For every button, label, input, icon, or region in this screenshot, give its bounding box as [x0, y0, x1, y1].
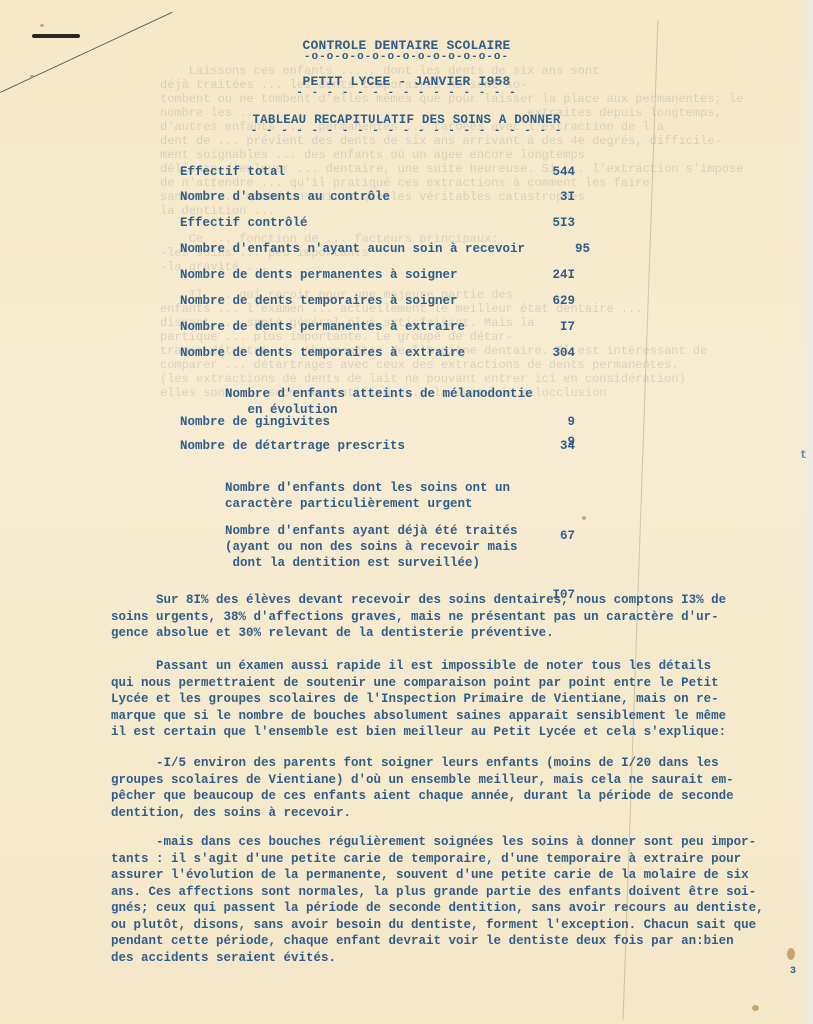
row-value: 544: [552, 164, 575, 180]
paragraph-percentages: Sur 8I% des élèves devant recevoir des s…: [111, 592, 801, 642]
row-label: Nombre de dents temporaires à soigner: [180, 293, 520, 309]
row-value: 3I: [560, 189, 575, 205]
table-row: Nombre de dents permanentes à soigner 24…: [180, 267, 575, 283]
table-row: Nombre de détartrage prescrits 34: [180, 438, 575, 454]
table-row: Nombre de dents temporaires à soigner 62…: [180, 293, 575, 309]
row-value: 629: [552, 293, 575, 309]
row-label: Nombre de gingivites: [180, 414, 520, 430]
table-row: Nombre de dents temporaires à extraire 3…: [180, 345, 575, 361]
row-value: 34: [560, 438, 575, 454]
row-label: Nombre de détartrage prescrits: [180, 438, 520, 454]
paragraph-comparison: Passant un éxamen aussi rapide il est im…: [111, 658, 801, 741]
table-row: Nombre de gingivites 9: [180, 414, 575, 430]
row-label: Effectif total: [180, 164, 520, 180]
page-mark: 3: [790, 966, 796, 977]
row-value: 24I: [552, 267, 575, 283]
stain: [582, 516, 586, 520]
row-value: I7: [560, 319, 575, 335]
stain: [40, 24, 44, 27]
stain: [752, 1005, 759, 1011]
row-label: Nombre de dents permanentes à extraire: [180, 319, 520, 335]
table-row: Nombre de dents permanentes à extraire I…: [180, 319, 575, 335]
row-label: Nombre de dents permanentes à soigner: [180, 267, 520, 283]
table-row: Nombre d'enfants ayant déjà été traités …: [180, 507, 575, 603]
row-label: Nombre de dents temporaires à extraire: [180, 345, 520, 361]
row-value: 9: [567, 414, 575, 430]
table-row: Effectif contrôlé 5I3: [180, 215, 575, 231]
title-underline: -o-o-o-o-o-o-o-o-o-o-o-o-o-: [0, 53, 813, 61]
document-title: CONTROLE DENTAIRE SCOLAIRE -o-o-o-o-o-o-…: [0, 38, 813, 61]
row-value: 304: [552, 345, 575, 361]
row-label: Nombre d'enfants ayant déjà été traités …: [225, 523, 565, 571]
paragraph-regular-care: -mais dans ces bouches régulièrement soi…: [111, 834, 801, 966]
row-value: 5I3: [552, 215, 575, 231]
paragraph-parents: -I/5 environ des parents font soigner le…: [111, 755, 801, 821]
row-label: Nombre d'absents au contrôle: [180, 189, 520, 205]
table-title-underline: - - - - - - - - - - - - - - - - - - - - …: [0, 127, 813, 135]
table-row: Nombre d'enfants n'ayant aucun soin à re…: [180, 241, 590, 257]
row-label: Nombre d'enfants n'ayant aucun soin à re…: [180, 241, 560, 257]
subtitle-underline: - - - - - - - - - - - - - - -: [0, 89, 813, 97]
row-value: 95: [575, 241, 590, 257]
row-label: Effectif contrôlé: [180, 215, 520, 231]
table-row: Nombre d'absents au contrôle 3I: [180, 189, 575, 205]
margin-mark: t: [800, 448, 807, 462]
table-row: Effectif total 544: [180, 164, 575, 180]
table-title: TABLEAU RECAPITULATIF DES SOINS A DONNER…: [0, 113, 813, 135]
scanned-page: Laissons ces enfants ... , dont les dent…: [0, 0, 813, 1024]
document-subtitle: PETIT LYCEE - JANVIER I958 - - - - - - -…: [0, 74, 813, 97]
